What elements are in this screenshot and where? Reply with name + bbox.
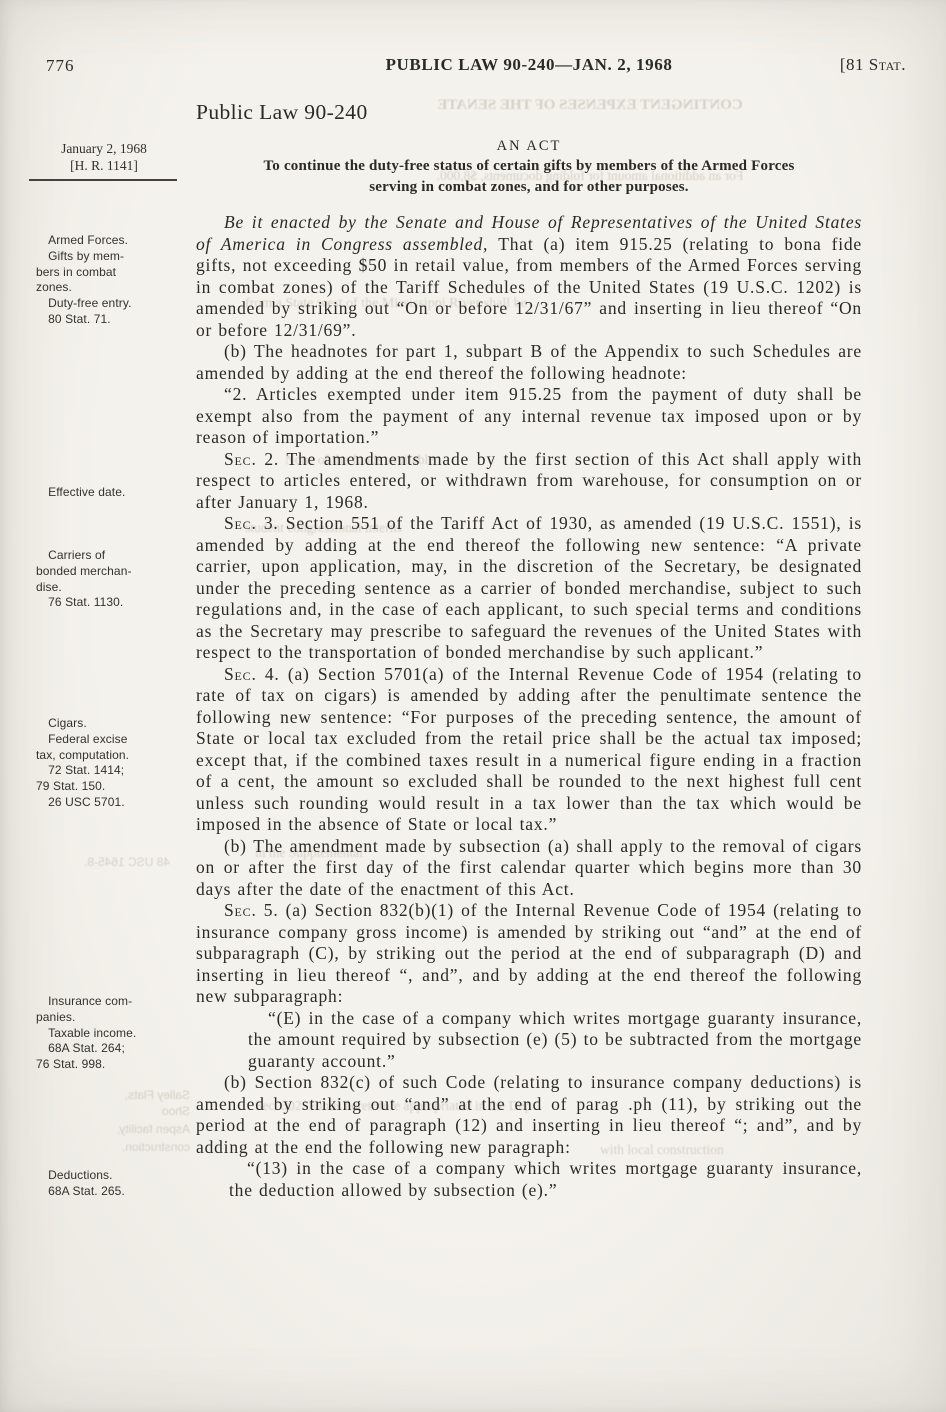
body-paragraph-9: (b) Section 832(c) of such Code (relatin… [196,1072,862,1158]
body-paragraph-5: Sec. 4. (a) Section 5701(a) of the Inter… [196,664,862,836]
margin-note-0: Armed Forces. Gifts by mem- bers in comb… [36,233,190,328]
bleedthrough-text-6: 48 USC 1645-8. [40,855,170,869]
bill-number: [H. R. 1141] [28,157,180,174]
margin-rule [29,179,177,181]
statutes-volume-reference: [81 Stat. [840,55,906,75]
date-margin-note: January 2, 1968 [H. R. 1141] [28,140,180,181]
body-paragraph-1: (b) The headnotes for part 1, subpart B … [196,341,862,384]
running-header: PUBLIC LAW 90-240—JAN. 2, 1968 [196,55,862,75]
statute-body-text: Be it enacted by the Senate and House of… [196,212,862,1201]
bleedthrough-text-0: CONTINGENT EXPENSES OF THE SENATE [280,97,900,114]
body-paragraph-8: “(E) in the case of a company which writ… [248,1008,862,1073]
bleedthrough-text-9: Aspen facility, [60,1122,190,1136]
body-paragraph-0: Be it enacted by the Senate and House of… [196,212,862,341]
bleedthrough-text-10: construction. [60,1140,190,1154]
margin-note-5: Deductions. 68A Stat. 265. [36,1168,190,1200]
act-heading: AN ACT [196,138,862,155]
margin-note-1: Effective date. [36,485,190,501]
body-paragraph-2: “2. Articles exempted under item 915.25 … [196,384,862,449]
body-paragraph-6: (b) The amendment made by subsection (a)… [196,836,862,901]
law-title: Public Law 90-240 [196,100,368,125]
body-paragraph-10: “(13) in the case of a company which wri… [229,1158,862,1201]
body-paragraph-7: Sec. 5. (a) Section 832(b)(1) of the Int… [196,900,862,1008]
act-description-line1: To continue the duty-free status of cert… [196,156,862,177]
act-description: To continue the duty-free status of cert… [196,156,862,198]
scanned-statute-page: CONTINGENT EXPENSES OF THE SENATEFor an … [0,0,946,1412]
act-description-line2: serving in combat zones, and for other p… [196,177,862,198]
bleedthrough-text-8: Shoo [60,1104,190,1118]
page-number: 776 [46,56,75,76]
body-paragraph-3: Sec. 2. The amendments made by the first… [196,449,862,514]
bleedthrough-text-7: Salley Flats, [60,1088,190,1102]
enactment-date: January 2, 1968 [28,140,180,157]
margin-note-4: Insurance com- panies. Taxable income. 6… [36,994,190,1073]
margin-note-3: Cigars. Federal excise tax, computation.… [36,716,190,811]
body-paragraph-4: Sec. 3. Section 551 of the Tariff Act of… [196,513,862,664]
margin-note-2: Carriers of bonded merchan- dise. 76 Sta… [36,548,190,611]
